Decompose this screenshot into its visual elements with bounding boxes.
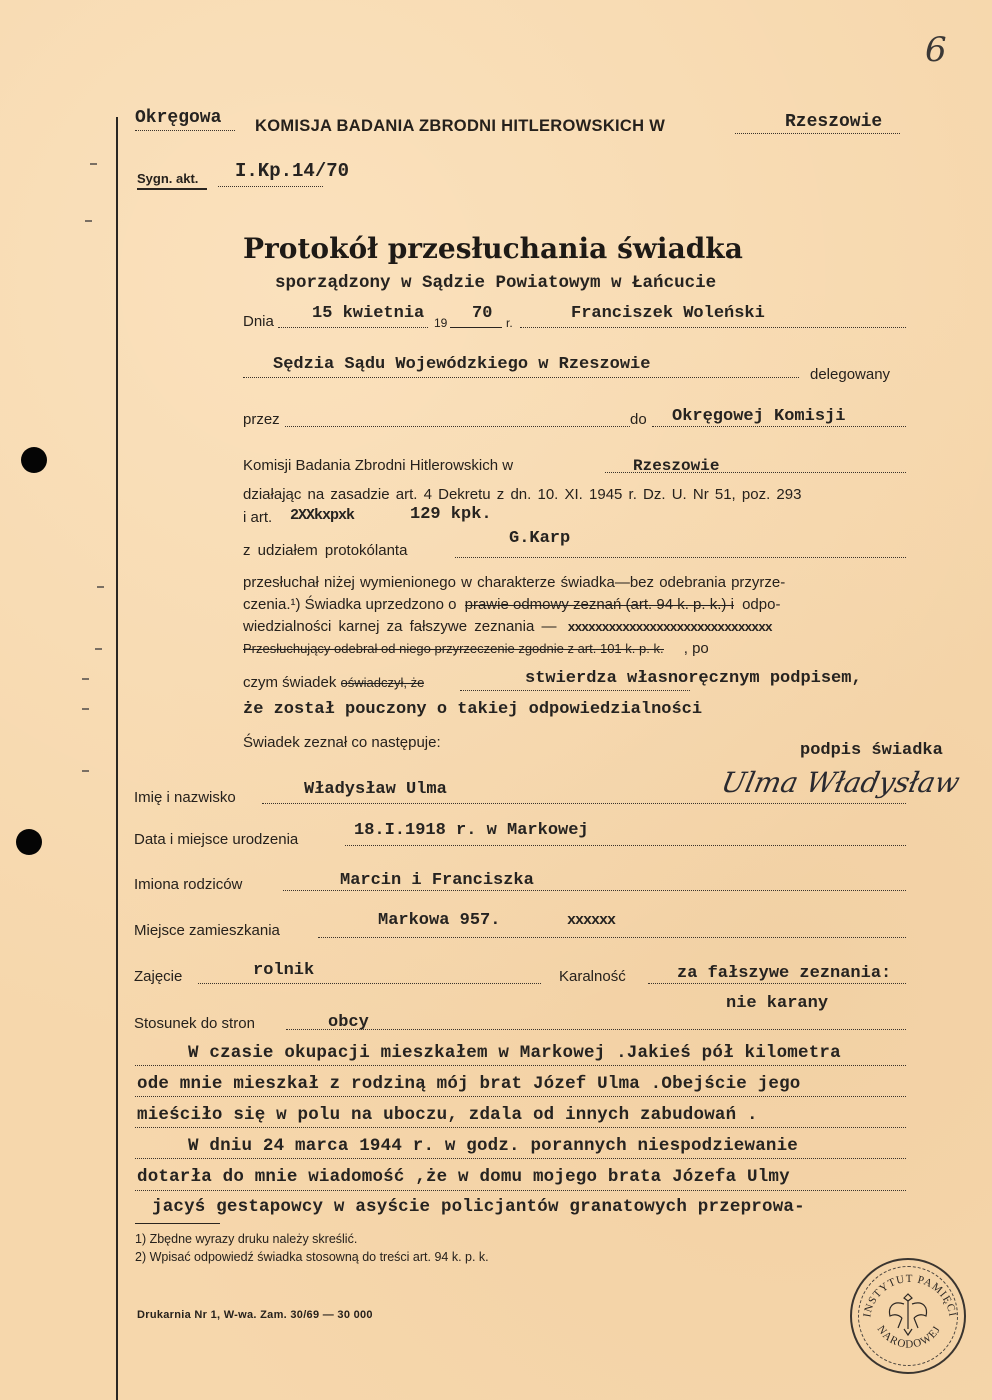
margin-line [116,117,118,1400]
commission-line-label: Komisji Badania Zbrodni Hitlerowskich w [243,457,513,474]
testimony-line: mieściło się w polu na uboczu, zdala od … [137,1105,758,1125]
caution-text: , po [684,640,709,657]
parents-label: Imiona rodziców [134,876,242,893]
dotted-line [218,186,323,187]
witness-parents: Marcin i Franciszka [340,871,534,890]
dotted-line [460,690,690,691]
margin-tick [97,586,104,588]
witness-name: Władysław Ulma [304,780,447,799]
official-role: Sędzia Sądu Wojewódzkiego w Rzeszowie [273,355,650,374]
margin-tick [90,163,97,165]
struck-text: xxxxxxxxxxxxxxxxxxxxxxxxxxxxxx [568,620,772,635]
dotted-line [278,327,428,328]
witness-birth: 18.I.1918 r. w Markowej [354,821,589,840]
dotted-line [283,890,906,891]
date-day-month: 15 kwietnia [312,304,424,323]
dotted-line [648,983,906,984]
dotted-line [135,1065,906,1066]
by-label: przez [243,411,280,428]
legal-basis-article-label: i art. [243,509,272,526]
testimony-line: W czasie okupacji mieszkałem w Markowej … [188,1043,841,1063]
footnote-separator [135,1223,220,1224]
dotted-line [135,130,235,131]
testimony-line: jacyś gestapowcy w asyście policjantów g… [152,1197,805,1217]
caution-line-1: przesłuchał niżej wymienionego w charakt… [243,574,785,591]
caution-line-5: czym świadek oświadczył, że [243,674,424,691]
date-label: Dnia [243,313,274,330]
commission-prefix: Okręgowa [135,108,221,128]
date-century: 19 [434,316,447,330]
delegated-label: delegowany [810,366,890,383]
dotted-line [135,1096,906,1097]
witness-residence: Markowa 957. [378,911,500,930]
header-city: Rzeszowie [785,112,882,132]
relation-label: Stosunek do stron [134,1015,255,1032]
caution-line-4: Przesłuchujący odebrał od niego przyrzec… [243,640,709,657]
dotted-line [318,937,906,938]
dotted-line [285,426,630,427]
caution-text: odpo- [742,596,780,613]
caution-line-3: wiedzialności karnej za fałszywe zeznani… [243,618,772,635]
margin-tick [82,770,89,772]
witness-record-2: nie karany [726,994,828,1013]
signature-label: podpis świadka [800,741,943,760]
struck-residence: xxxxxx [567,912,615,929]
caution-line-2: czenia.¹) Świadka uprzedzono o prawie od… [243,596,780,613]
file-ref-label: Sygn. akt. [137,171,198,186]
dotted-line [262,803,906,804]
witness-record-1: za fałszywe zeznania: [677,964,891,983]
binding-hole-bottom [16,829,42,855]
dotted-line [652,426,906,427]
to-label: do [630,411,647,428]
binding-hole-top [21,447,47,473]
record-label: Karalność [559,968,626,985]
document-title: Protokół przesłuchania świadka [243,232,743,265]
dotted-line [135,1190,906,1191]
dotted-line [520,327,906,328]
printer-note: Drukarnia Nr 1, W-wa. Zam. 30/69 — 30 00… [137,1309,373,1321]
clerk-label: z udziałem protokólanta [243,542,407,559]
delegation-target: Okręgowej Komisji [672,407,845,426]
testimony-line: dotarła do mnie wiadomość ,że w domu moj… [137,1167,790,1187]
ipn-stamp: INSTYTUT PAMIĘCI NARODOWEJ [850,1258,966,1374]
underline [450,327,502,328]
witness-signature: Ulma Władysław [718,766,962,799]
margin-tick [85,220,92,222]
caution-typed-1: stwierdza własnoręcznym podpisem, [525,669,862,688]
legal-basis-article: 129 kpk. [410,505,492,524]
dotted-line [198,983,541,984]
dotted-line [345,845,906,846]
caution-text: wiedzialności karnej za fałszywe zeznani… [243,618,556,635]
clerk-name: G.Karp [509,529,570,548]
eagle-emblem-icon: INSTYTUT PAMIĘCI NARODOWEJ [852,1260,964,1372]
struck-article: 2XXkxpxk [290,507,354,524]
document-subtitle: sporządzony w Sądzie Powiatowym w Łańcuc… [275,273,716,293]
dotted-line [455,557,906,558]
underline [137,188,207,190]
dotted-line [286,1029,906,1030]
occupation-label: Zajęcie [134,968,182,985]
margin-tick [95,648,102,650]
testimony-line: W dniu 24 marca 1944 r. w godz. porannyc… [188,1136,798,1156]
margin-tick [82,708,89,710]
caution-text: czym świadek [243,674,336,691]
date-year-suffix: r. [506,316,513,330]
residence-label: Miejsce zamieszkania [134,922,280,939]
date-year: 70 [472,304,492,323]
dotted-line [135,1158,906,1159]
svg-text:NARODOWEJ: NARODOWEJ [875,1323,944,1350]
file-ref-value: I.Kp.14/70 [235,160,349,182]
name-label: Imię i nazwisko [134,789,236,806]
official-name: Franciszek Woleński [571,304,765,323]
caution-typed-2: że został pouczony o takiej odpowiedzial… [243,700,702,719]
struck-text: prawie odmowy zeznań (art. 94 k. p. k.) … [465,596,734,613]
witness-occupation: rolnik [253,961,314,980]
struck-text: oświadczył, że [341,675,425,690]
page-number: 6 [925,30,947,70]
witness-relation: obcy [328,1013,369,1032]
testimony-line: ode mnie mieszkał z rodziną mój brat Józ… [137,1074,801,1094]
footnote-2: 2) Wpisać odpowiedź świadka stosowną do … [135,1250,489,1264]
birth-label: Data i miejsce urodzenia [134,831,298,848]
caution-text: czenia.¹) Świadka uprzedzono o [243,596,456,613]
commission-line-city: Rzeszowie [633,457,719,475]
dotted-line [735,133,900,134]
testimony-intro: Świadek zeznał co następuje: [243,734,441,751]
footnote-1: 1) Zbędne wyrazy druku należy skreślić. [135,1232,357,1246]
dotted-line [243,377,799,378]
dotted-line [135,1127,906,1128]
struck-text: Przesłuchujący odebrał od niego przyrzec… [243,641,664,656]
margin-tick [82,678,89,680]
commission-name: KOMISJA BADANIA ZBRODNI HITLEROWSKICH W [255,117,665,136]
legal-basis-line: działając na zasadzie art. 4 Dekretu z d… [243,486,801,503]
